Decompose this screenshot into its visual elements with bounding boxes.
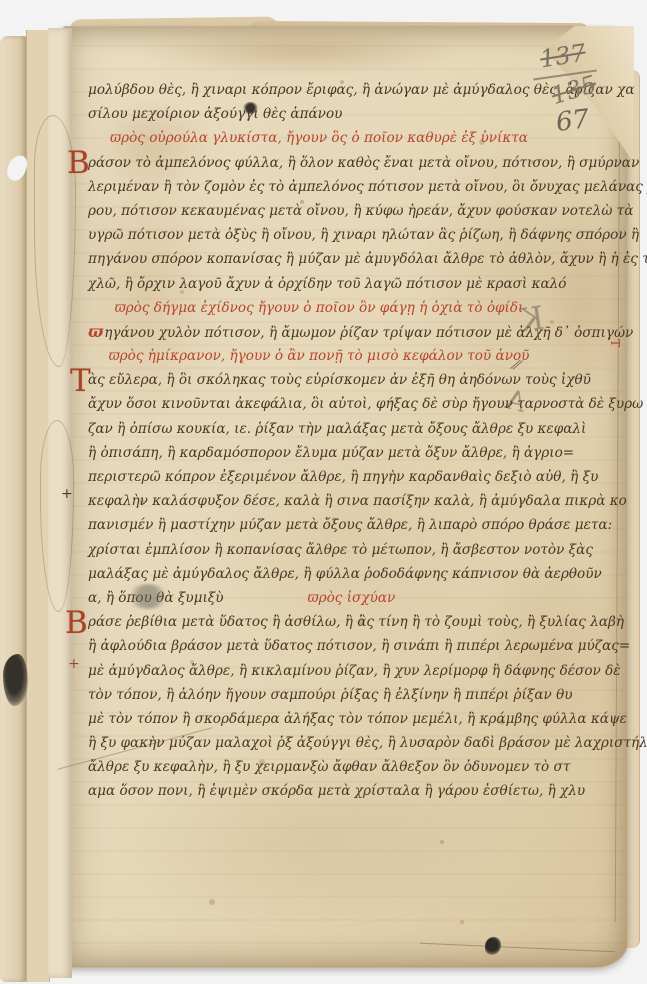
ink-smudge [243, 102, 258, 114]
text-line: κεφαλὴν καλάσφυξον δέσε, καλὰ ἢ σινα πασ… [88, 489, 550, 513]
text-line: λεριμέναν ἢ τὸν ζομὸν ἐς τὸ ἀμπελόνος πό… [88, 175, 550, 199]
text-line: ζαν ἢ ὀπίσω κουκία, ιε. ῥίξαν τὴν μαλάξα… [88, 417, 550, 441]
rubric-heading: ϖρὸς δήγμα ἐχίδνος ἤγουν ὁ ποῖον ὃν φάγῃ… [88, 296, 550, 320]
manuscript-photo: 137 135 67 K A ⁄⁄ T Β Τ Β + + μολύβδου θ… [0, 0, 647, 984]
rubric-heading: ϖρὸς οὐρούλα γλυκίστα, ἤγουν ὃς ὁ ποῖον … [88, 126, 550, 150]
text-line: ράσον τὸ ἀμπελόνος φύλλα, ἢ ὅλον καθὸς ἔ… [88, 151, 550, 175]
folio-number: 67 [554, 104, 591, 138]
text-line: ὰς εὔλερα, ἢ ὃι σκόληκας τοὺς εὑρίσκομεν… [88, 368, 550, 392]
text-line: χλῶ, ἢ ὄρχιν λαγοῦ ἄχυν ἀ ὀρχίδην τοῦ λα… [88, 272, 550, 296]
text-line: ράσε ῥεβίθια μετὰ ὕδατος ἢ ἀσθίλω, ἢ ἂς … [88, 610, 550, 634]
underlying-page-edge [626, 70, 640, 948]
text-line: τὸν τόπον, ἢ ἀλόην ἤγουν σαμπούρι ῥίξας … [88, 683, 550, 707]
text-line: πανισμέν ἢ μαστίχην μύζαν μετὰ ὄξους ἄλθ… [88, 513, 550, 537]
text-line: μὲ τὸν τόπον ἢ σκορδάμερα ἀλήξας τὸν τόπ… [88, 707, 550, 731]
text-line: ϖηγάνου χυλὸν πότισον, ἢ ἄμωμον ῥίζαν τρ… [88, 320, 550, 344]
text-line: ρου, πότισον κεκαυμένας μετὰ οἴνου, ἢ κύ… [88, 199, 550, 223]
text-line: μὲ ἀμύγδαλος ἄλθρε, ἢ κικλαμίνου ῥίζαν, … [88, 659, 550, 683]
text-line: ἢ ἀφλούδια βράσον μετὰ ὕδατος πότισον, ἢ… [88, 634, 550, 658]
text-line: πηγάνου σπόρον κοπανίσας ἢ μύζαν μὲ ἀμυγ… [88, 247, 550, 271]
text-line: μολύβδου θὲς, ἢ χιναρι κόπρον ἔριφας, ἢ … [88, 78, 550, 102]
text-line-part: ηγάνου χυλὸν πότισον, ἢ ἄμωμον ῥίζαν τρί… [104, 325, 633, 341]
drop-initial: Τ [70, 366, 91, 397]
text-line: ἄλθρε ξυ κεφαλὴν, ἢ ξυ χειρμανξὼ ἄφθαν ἄ… [88, 755, 550, 779]
drop-initial: Β [67, 148, 90, 179]
rubric-heading-inline: ϖρὸς ἰσχύαν [308, 590, 396, 606]
text-line: ἢ ὀπισάπη, ἢ καρδαμόσπορον ἔλυμα μύζαν μ… [88, 441, 550, 465]
drop-initial: Β [65, 608, 88, 639]
rubric-heading: ϖρὸς ἡμίκρανον, ἤγουν ὁ ἂν πονῇ τὸ μισὸ … [88, 344, 550, 368]
text-line: ἄχυν ὅσοι κινοῦνται ἀκεφάλια, ὃι αὐτοὶ, … [88, 392, 550, 416]
text-line: μαλάξας μὲ ἀμύγδαλος ἄλθρε, ἢ φύλλα ῥοδο… [88, 562, 550, 586]
ink-blot [3, 654, 28, 706]
marginal-plus: + [68, 652, 80, 676]
stain [140, 28, 460, 74]
text-line: σίλου μεχοίριον ἀξούγγι θὲς ἀπάνου [88, 102, 550, 126]
inline-red-initial: ϖ [88, 322, 103, 341]
text-line: περιστερῶ κόπρον ἐξεριμένον ἄλθρε, ἢ πηγ… [88, 465, 550, 489]
marginal-plus: + [61, 482, 73, 506]
text-line: χρίσται ἐμπλίσον ἢ κοπανίσας ἄλθρε τὸ μέ… [88, 538, 550, 562]
text-line: ἢ ξυ φακὴν μύζαν μαλαχοὶ ῥξ ἀξούγγι θὲς,… [88, 731, 550, 755]
text-line: αμα ὅσον πονι, ἢ ἑψιμὲν σκόρδα μετὰ χρίσ… [88, 779, 550, 803]
text-line: υγρῶ πότισον μετὰ ὀξὺς ἢ οἴνου, ἢ χιναρι… [88, 223, 550, 247]
grey-smudge [127, 584, 169, 609]
text-block: Β Τ Β + + μολύβδου θὲς, ἢ χιναρι κόπρον … [88, 78, 550, 804]
